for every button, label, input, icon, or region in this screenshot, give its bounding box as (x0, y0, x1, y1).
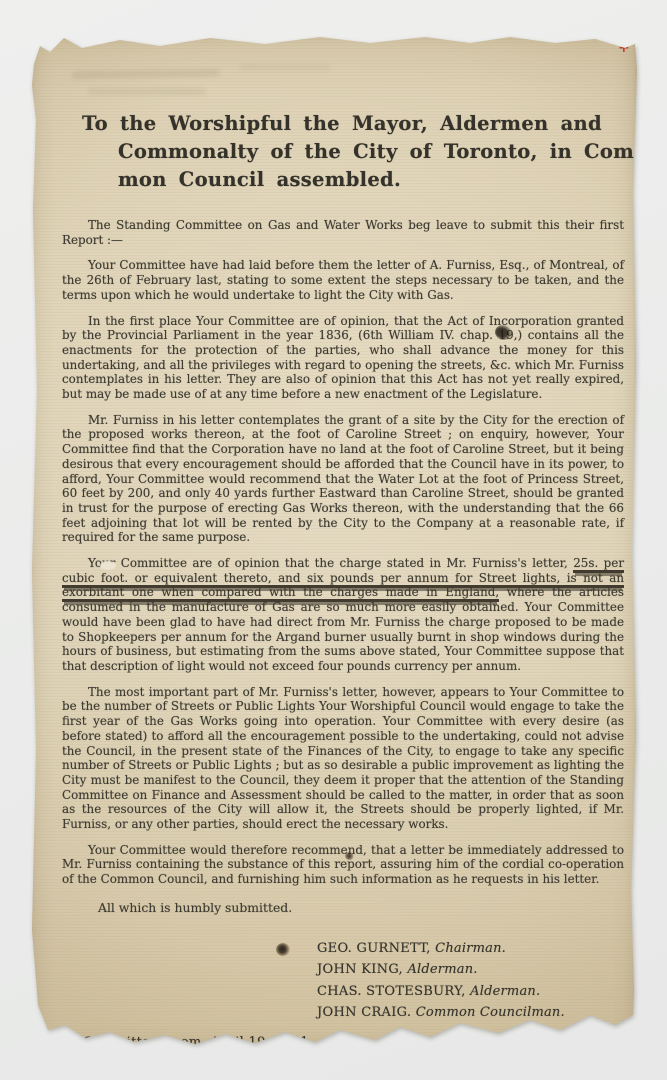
signature-block: GEO. GURNETT, Chairman. JOHN KING, Alder… (317, 938, 624, 1024)
paragraph-standing-committee: The Standing Committee on Gas and Water … (62, 218, 624, 247)
document-title: To the Worshipful the Mayor, Aldermen an… (82, 110, 624, 194)
document-page-wrapper: + To the Worshipful the Mayor, Aldermen … (30, 30, 637, 1050)
signature-row: JOHN CRAIG. Common Councilman. (317, 1002, 624, 1024)
scan-background: + To the Worshipful the Mayor, Aldermen … (0, 0, 667, 1080)
red-cross-mark: + (618, 40, 630, 56)
signature-row: JOHN KING, Alderman. (317, 959, 624, 981)
signature-name: JOHN KING, (317, 962, 403, 977)
signature-role: Alderman. (470, 984, 540, 999)
ink-speck (276, 943, 290, 956)
signature-role: Alderman. (407, 962, 477, 977)
signature-name: JOHN CRAIG. (317, 1005, 411, 1020)
signature-row: GEO. GURNETT, Chairman. (317, 938, 624, 960)
paragraph-charges: Your Committee are of opinion that the c… (62, 556, 624, 674)
signature-row: CHAS. STOTESBURY, Alderman. (317, 981, 624, 1003)
title-line-3: mon Council assembled. (82, 166, 624, 194)
paragraph-act-of-incorporation: In the first place Your Committee are of… (62, 314, 624, 402)
torn-paper-sheet: + To the Worshipful the Mayor, Aldermen … (30, 30, 637, 1050)
ink-speck (345, 852, 354, 860)
page-content: To the Worshipful the Mayor, Aldermen an… (62, 110, 624, 1050)
paragraph-site-grant: Mr. Furniss in his letter contemplates t… (62, 413, 624, 545)
paragraph-furniss-letter: Your Committee have had laid before them… (62, 258, 624, 302)
paragraph-recommendation: Your Committee would therefore recommend… (62, 843, 624, 887)
ink-blot-over-chapter-number: 19 (499, 328, 514, 342)
signature-name: CHAS. STOTESBURY, (317, 984, 466, 999)
ink-bleedthrough-mark (72, 69, 220, 80)
title-line-2: Commonalty of the City of Toronto, in Co… (82, 138, 624, 166)
closing-line: All which is humbly submitted. (98, 900, 624, 915)
dateline: Committee Room, April 19, 1841. (83, 1035, 624, 1050)
title-line-1: To the Worshipful the Mayor, Aldermen an… (82, 110, 624, 138)
ink-bleedthrough-mark (240, 64, 330, 70)
signature-name: GEO. GURNETT, (317, 941, 431, 956)
paragraph-public-lights: The most important part of Mr. Furniss's… (62, 685, 624, 832)
paragraph-segment: Your Committee are of opinion that the c… (88, 556, 573, 570)
signature-role: Chairman. (435, 941, 506, 956)
white-correction-spot (100, 561, 116, 570)
signature-role: Common Councilman. (416, 1005, 565, 1020)
ink-bleedthrough-mark (88, 88, 206, 95)
